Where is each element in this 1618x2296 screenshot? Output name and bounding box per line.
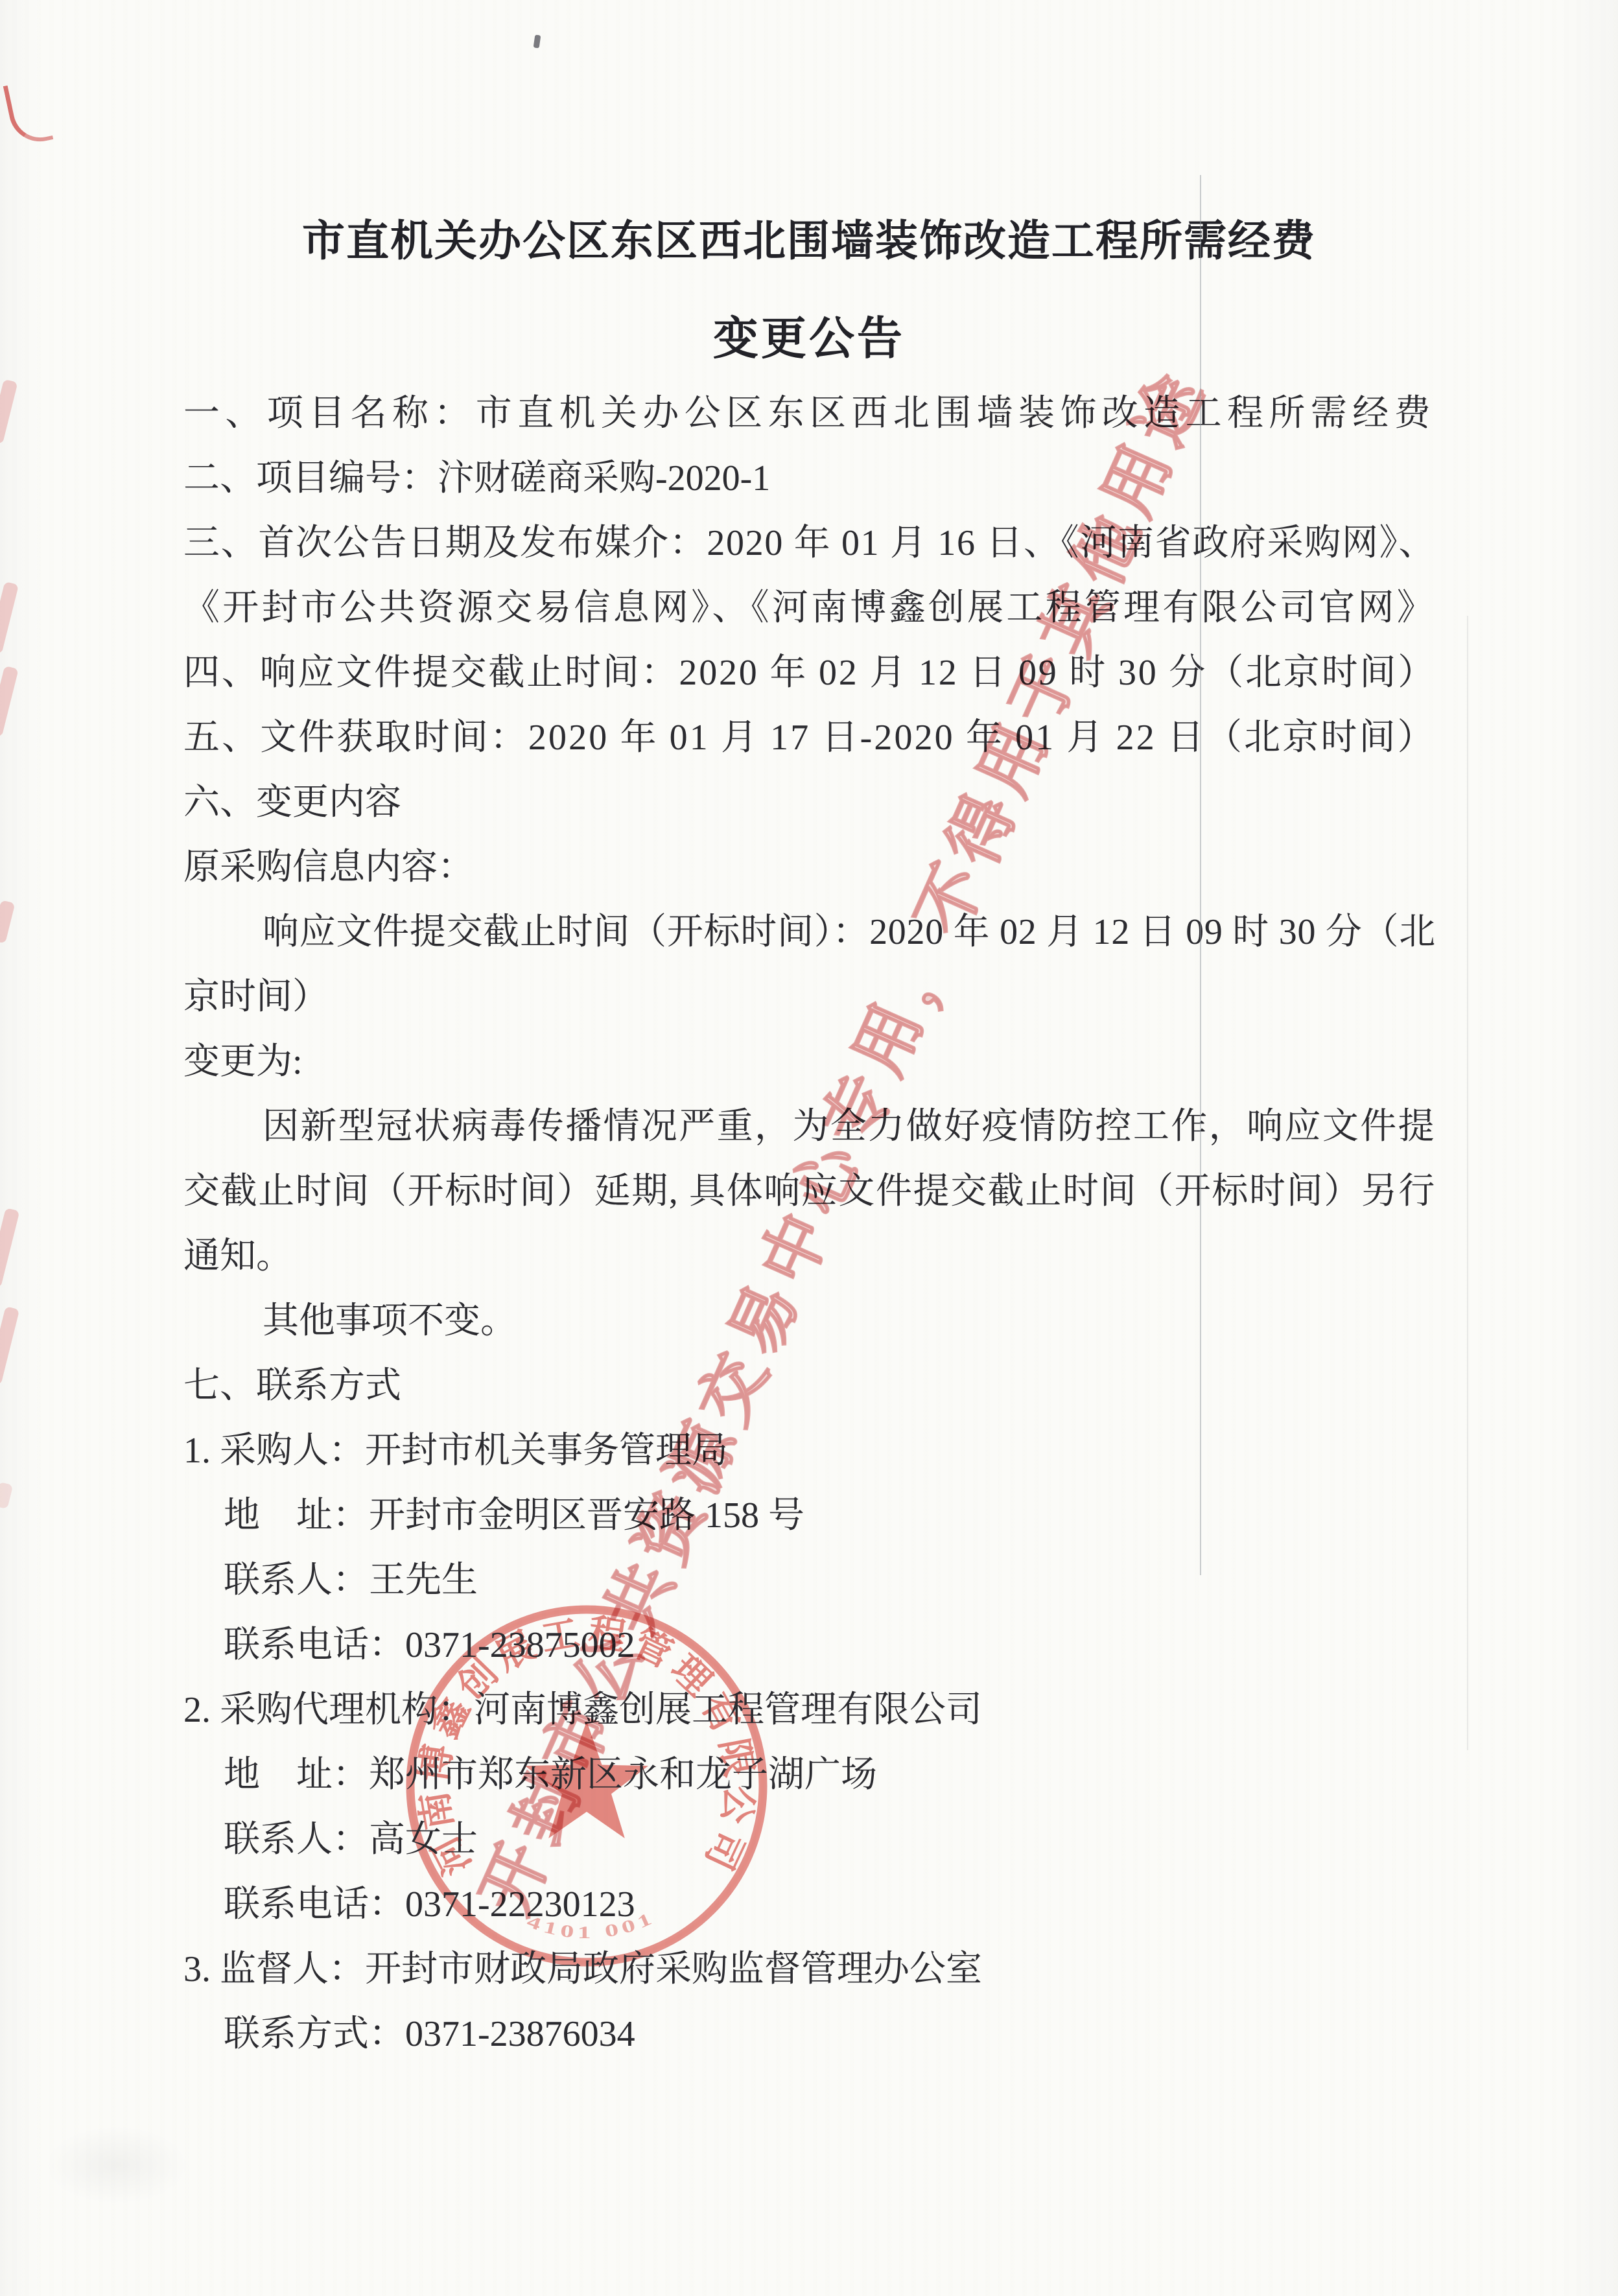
scan-artifact [0, 666, 19, 737]
document-page: 河南博鑫创展工程管理有限公司 4101 001 92 市直机关办公区东区西北围墙… [0, 0, 1618, 2296]
document-line: 其他事项不变。 [263, 1296, 1436, 1347]
scan-artifact [0, 379, 18, 444]
document-title: 市直机关办公区东区西北围墙装饰改造工程所需经费 [0, 206, 1618, 268]
document-line: 三、首次公告日期及发布媒介：2020 年 01 月 16 日、《河南省政府采购网… [183, 519, 1436, 569]
document-line: 七、联系方式 [183, 1361, 1436, 1412]
document-line: 2. 采购代理机构：河南博鑫创展工程管理有限公司 [183, 1685, 1436, 1736]
document-line: 地 址：郑州市郑东新区永和龙子湖广场 [224, 1750, 1436, 1801]
scan-fold-line [1200, 175, 1201, 1575]
scan-artifact [0, 900, 15, 943]
document-line: 联系电话：0371-22230123 [224, 1880, 1436, 1930]
document-line: 联系方式：0371-23876034 [224, 2009, 1436, 2060]
document-line: 联系电话：0371-23875002 [224, 1621, 1436, 1671]
document-line: 四、响应文件提交截止时间：2020 年 02 月 12 日 09 时 30 分（… [183, 648, 1436, 699]
document-line: 六、变更内容 [183, 778, 1436, 828]
scan-artifact [0, 1208, 19, 1288]
scan-fold-line-faint [1467, 616, 1468, 1750]
document-line: 3. 监督人：开封市财政局政府采购监督管理办公室 [183, 1945, 1436, 1995]
document-line: 响应文件提交截止时间（开标时间）：2020 年 02 月 12 日 09 时 3… [263, 908, 1436, 958]
scan-artifact-smudge [45, 2126, 188, 2204]
document-line: 京时间） [183, 972, 1436, 1023]
scan-artifact-speck [533, 34, 541, 48]
document-line: 联系人：高女士 [224, 1815, 1436, 1866]
document-line: 地 址：开封市金明区晋安路 158 号 [224, 1491, 1436, 1541]
document-line: 五、文件获取时间：2020 年 01 月 17 日-2020 年 01 月 22… [183, 713, 1436, 764]
document-line: 因新型冠状病毒传播情况严重，为全力做好疫情防控工作，响应文件提 [263, 1102, 1436, 1153]
scan-artifact-red-mark [3, 78, 54, 147]
document-line: 《开封市公共资源交易信息网》、《河南博鑫创展工程管理有限公司官网》 [183, 583, 1436, 634]
document-line: 联系人：王先生 [224, 1556, 1436, 1606]
document-line: 原采购信息内容： [183, 843, 1436, 893]
scan-artifact [0, 1482, 13, 1509]
document-line: 1. 采购人：开封市机关事务管理局 [183, 1426, 1436, 1477]
document-subtitle: 变更公告 [0, 302, 1618, 368]
document-line: 一、项目名称：市直机关办公区东区西北围墙装饰改造工程所需经费 [183, 389, 1436, 439]
scan-artifact [0, 1306, 19, 1385]
scan-artifact [0, 581, 19, 654]
document-line: 变更为: [183, 1037, 1436, 1088]
document-line: 交截止时间（开标时间）延期, 具体响应文件提交截止时间（开标时间）另行 [183, 1167, 1436, 1217]
document-line: 通知。 [183, 1232, 1436, 1282]
document-line: 二、项目编号：汴财磋商采购-2020-1 [183, 454, 1436, 504]
